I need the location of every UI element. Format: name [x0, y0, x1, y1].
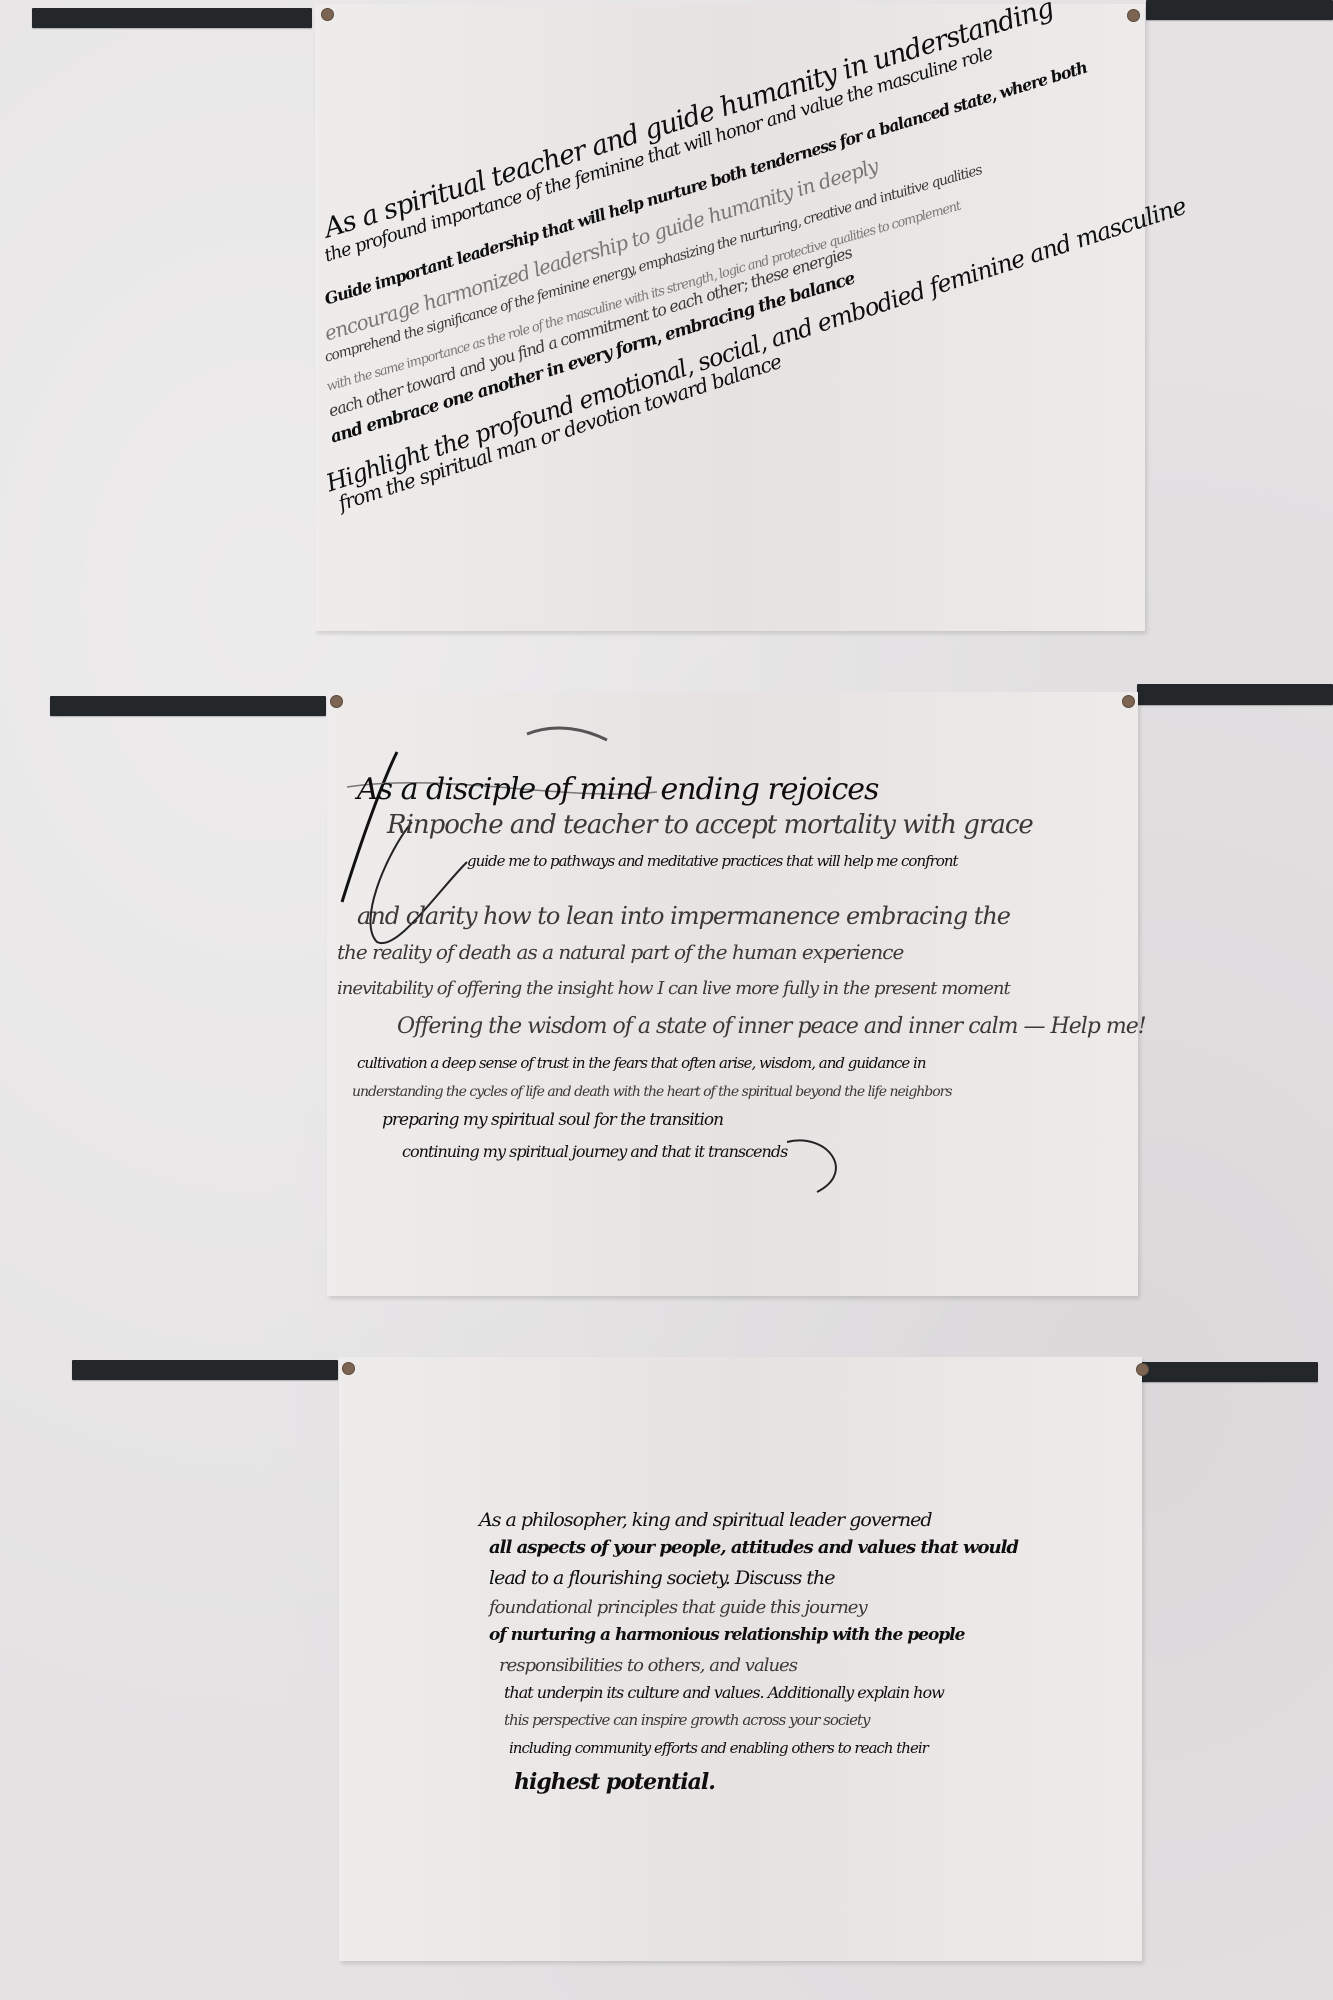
mount-bar-right-3	[1140, 1362, 1318, 1382]
calligraphy-line: preparing my spiritual soul for the tran…	[382, 1110, 723, 1130]
calligraphy-line: cultivation a deep sense of trust in the…	[357, 1054, 926, 1072]
calligraphy-line: highest potential.	[514, 1769, 715, 1795]
calligraphy-line: responsibilities to others, and values	[499, 1655, 797, 1676]
calligraphy-line: that underpin its culture and values. Ad…	[504, 1683, 944, 1702]
mount-bar-right-2	[1137, 684, 1333, 705]
calligraphy-line: this perspective can inspire growth acro…	[504, 1711, 869, 1729]
calligraphy-text-block: As a disciple of mind ending rejoices Ri…	[327, 692, 1138, 1296]
calligraphy-line: and clarity how to lean into impermanenc…	[357, 902, 1010, 930]
artwork-sheet-3: As a philosopher, king and spiritual lea…	[339, 1357, 1142, 1961]
calligraphy-line: lead to a flourishing society. Discuss t…	[489, 1567, 834, 1589]
calligraphy-line: guide me to pathways and meditative prac…	[467, 852, 958, 870]
mount-bar-left-3	[72, 1360, 338, 1380]
calligraphy-line: including community efforts and enabling…	[509, 1739, 928, 1757]
artwork-sheet-1: As a spiritual teacher and guide humanit…	[315, 4, 1145, 631]
calligraphy-text-block: As a spiritual teacher and guide humanit…	[315, 4, 1145, 631]
mount-bar-right-1	[1146, 0, 1333, 20]
calligraphy-line: Rinpoche and teacher to accept mortality…	[387, 810, 1033, 840]
calligraphy-line: foundational principles that guide this …	[489, 1597, 867, 1618]
calligraphy-line: As a disciple of mind ending rejoices	[357, 772, 878, 807]
artwork-sheet-2: As a disciple of mind ending rejoices Ri…	[327, 692, 1138, 1296]
mount-bar-left-2	[50, 696, 326, 716]
mount-bar-left-1	[32, 8, 312, 28]
calligraphy-line: understanding the cycles of life and dea…	[352, 1084, 952, 1100]
calligraphy-line: Offering the wisdom of a state of inner …	[397, 1014, 1146, 1039]
calligraphy-line: As a philosopher, king and spiritual lea…	[479, 1509, 932, 1531]
calligraphy-line: inevitability of offering the insight ho…	[337, 978, 1010, 999]
calligraphy-line: all aspects of your people, attitudes an…	[489, 1537, 1018, 1558]
calligraphy-line: of nurturing a harmonious relationship w…	[489, 1625, 964, 1645]
calligraphy-line: continuing my spiritual journey and that…	[402, 1142, 787, 1161]
calligraphy-line: the reality of death as a natural part o…	[337, 940, 903, 964]
calligraphy-text-block: As a philosopher, king and spiritual lea…	[339, 1357, 1142, 1961]
